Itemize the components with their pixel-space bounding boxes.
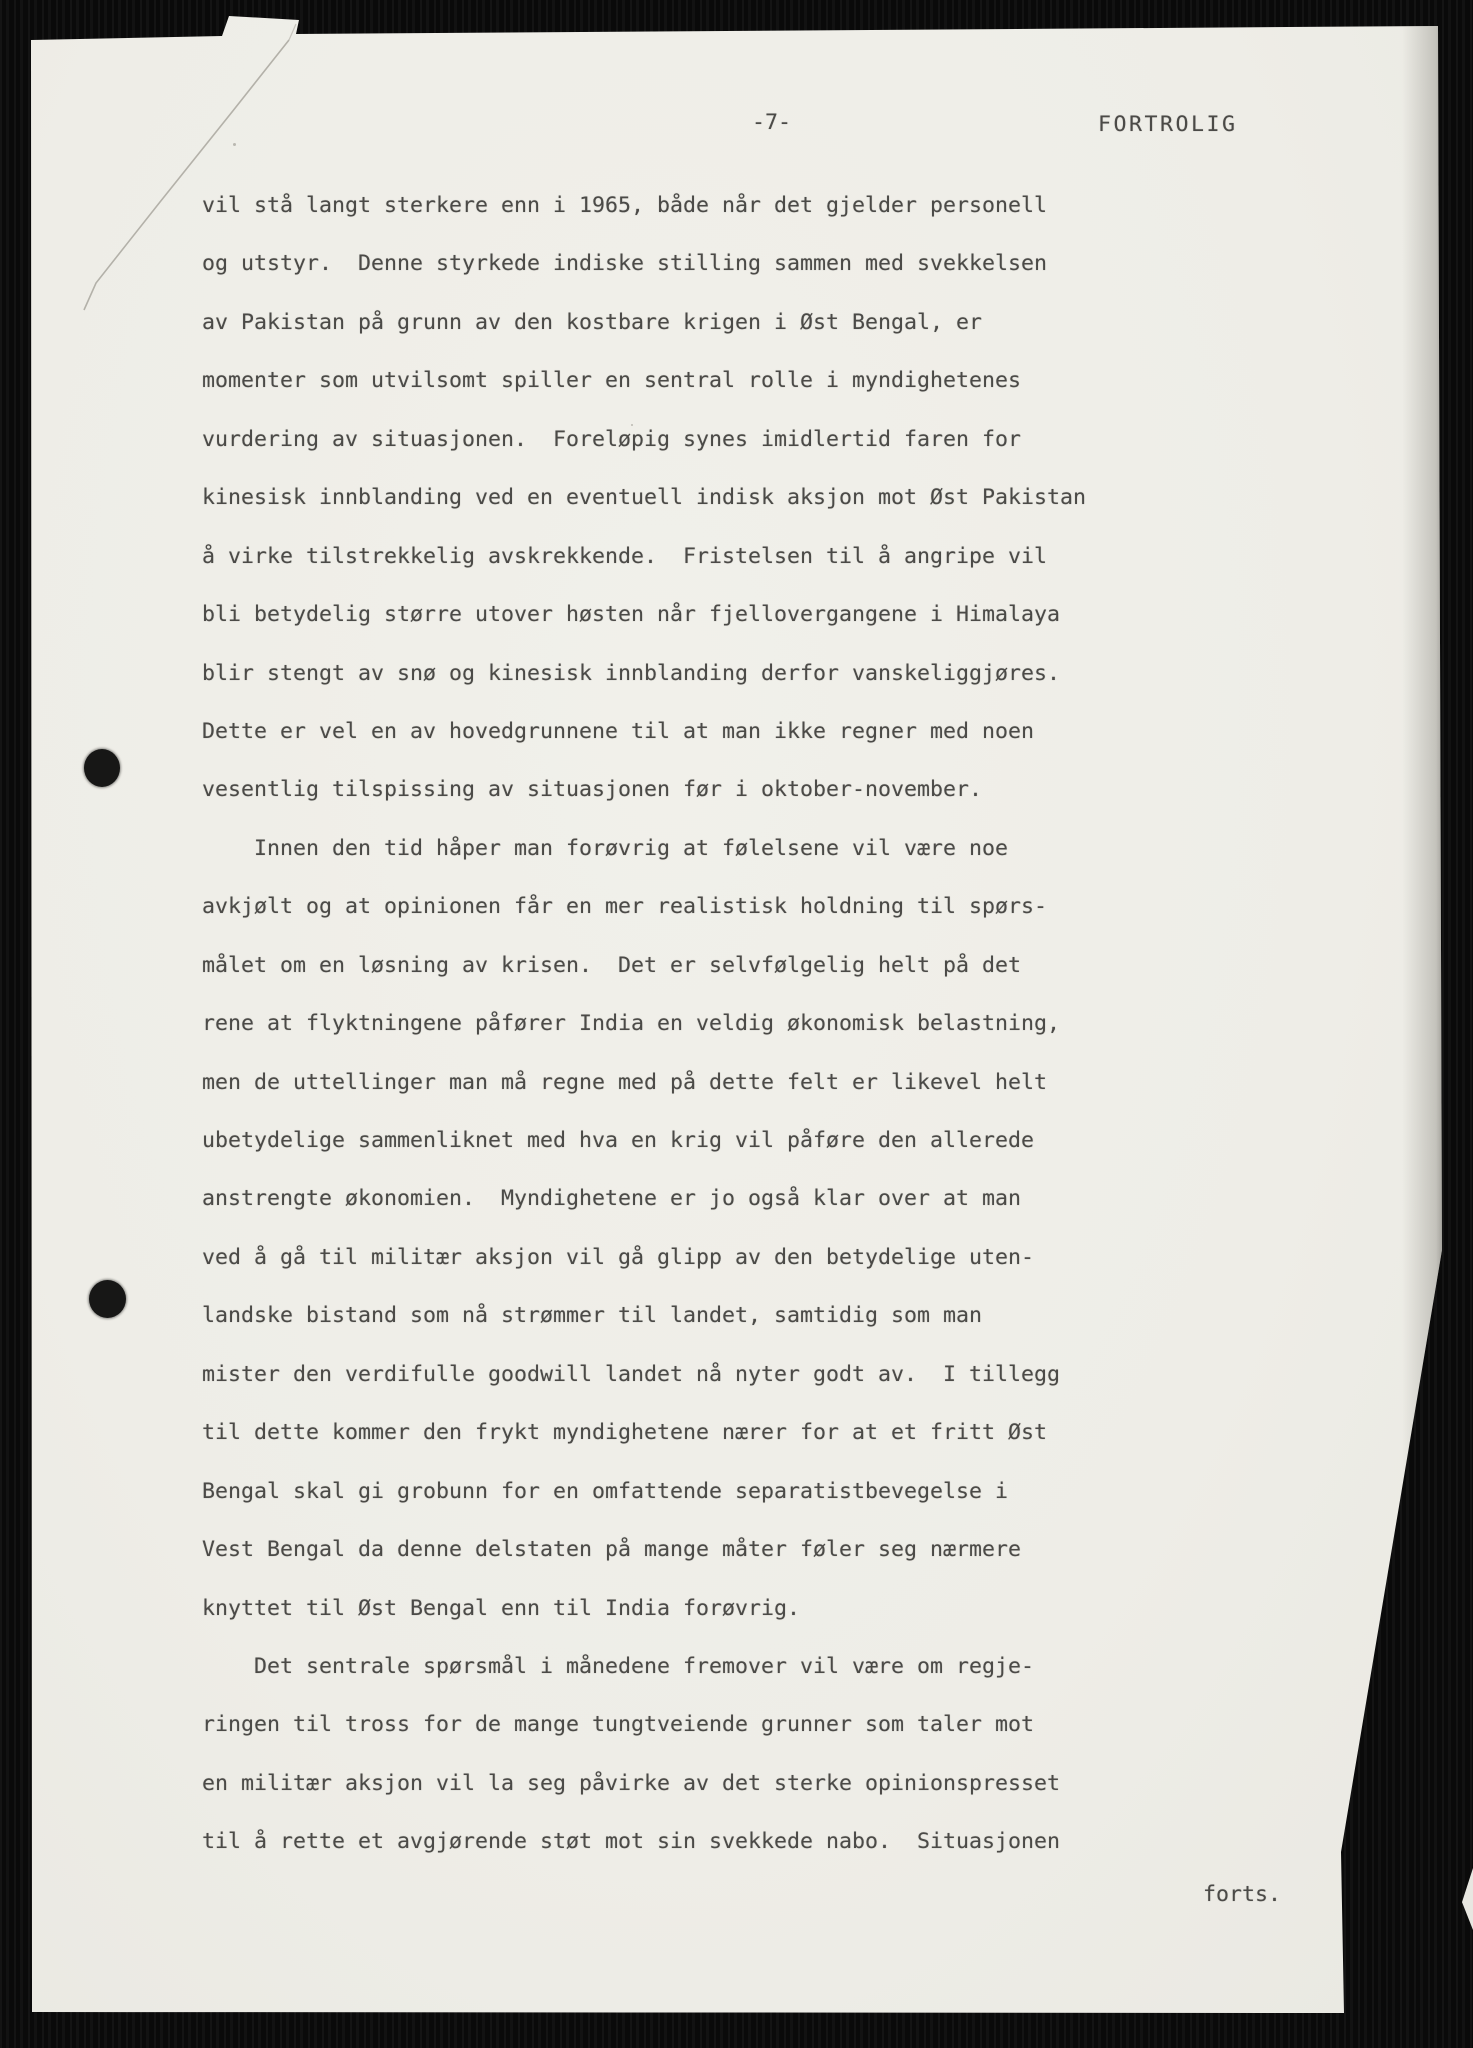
text-line: men de uttellinger man må regne med på d… [202,1070,1132,1128]
text-line: rene at flyktningene påfører India en ve… [202,1011,1132,1069]
adjacent-page-corner [1462,1868,1473,1930]
hole-punch-bottom [89,1280,126,1318]
page-edge-shadow [1402,20,1442,1860]
hole-punch-top [84,749,120,787]
text-line: å virke tilstrekkelig avskrekkende. Fris… [202,544,1132,602]
text-line: landske bistand som nå strømmer til land… [202,1303,1132,1361]
text-line: og utstyr. Denne styrkede indiske stilli… [202,251,1132,309]
text-line: vesentlig tilspissing av situasjonen før… [202,777,1132,835]
paper-speck [233,143,236,146]
document-page: -7- FORTROLIG vil stå langt sterkere enn… [0,0,1473,2048]
text-line: ringen til tross for de mange tungtveien… [202,1712,1132,1770]
paper-speck [510,206,512,208]
text-line: Bengal skal gi grobunn for en omfattende… [202,1479,1132,1537]
text-line: vil stå langt sterkere enn i 1965, både … [202,193,1132,251]
text-line: til dette kommer den frykt myndighetene … [202,1420,1132,1478]
paper-speck [631,424,633,426]
text-line: vurdering av situasjonen. Foreløpig syne… [202,427,1132,485]
text-line: blir stengt av snø og kinesisk innblandi… [202,661,1132,719]
text-line: anstrengte økonomien. Myndighetene er jo… [202,1186,1132,1244]
text-line: bli betydelig større utover høsten når f… [202,602,1132,660]
text-line: ubetydelige sammenliknet med hva en krig… [202,1128,1132,1186]
text-line: Vest Bengal da denne delstaten på mange … [202,1537,1132,1595]
text-line: Dette er vel en av hovedgrunnene til at … [202,719,1132,777]
text-line: mister den verdifulle goodwill landet nå… [202,1362,1132,1420]
text-line: ved å gå til militær aksjon vil gå glipp… [202,1245,1132,1303]
text-line: til å rette et avgjørende støt mot sin s… [202,1829,1132,1887]
text-line: en militær aksjon vil la seg påvirke av … [202,1771,1132,1829]
text-line: målet om en løsning av krisen. Det er se… [202,953,1132,1011]
text-line: Innen den tid håper man forøvrig at føle… [202,836,1132,894]
scanner-background: -7- FORTROLIG vil stå langt sterkere enn… [0,0,1473,2048]
page-number: -7- [752,110,791,135]
text-line: kinesisk innblanding ved en eventuell in… [202,485,1132,543]
text-line: av Pakistan på grunn av den kostbare kri… [202,310,1132,368]
document-body-text: vil stå langt sterkere enn i 1965, både … [202,193,1132,1888]
text-line: knyttet til Øst Bengal enn til India for… [202,1596,1132,1654]
classification-stamp: FORTROLIG [1098,112,1238,137]
text-line: Det sentrale spørsmål i månedene fremove… [202,1654,1132,1712]
text-line: momenter som utvilsomt spiller en sentra… [202,368,1132,426]
continuation-note: forts. [1203,1882,1281,1907]
text-line: avkjølt og at opinionen får en mer reali… [202,894,1132,952]
